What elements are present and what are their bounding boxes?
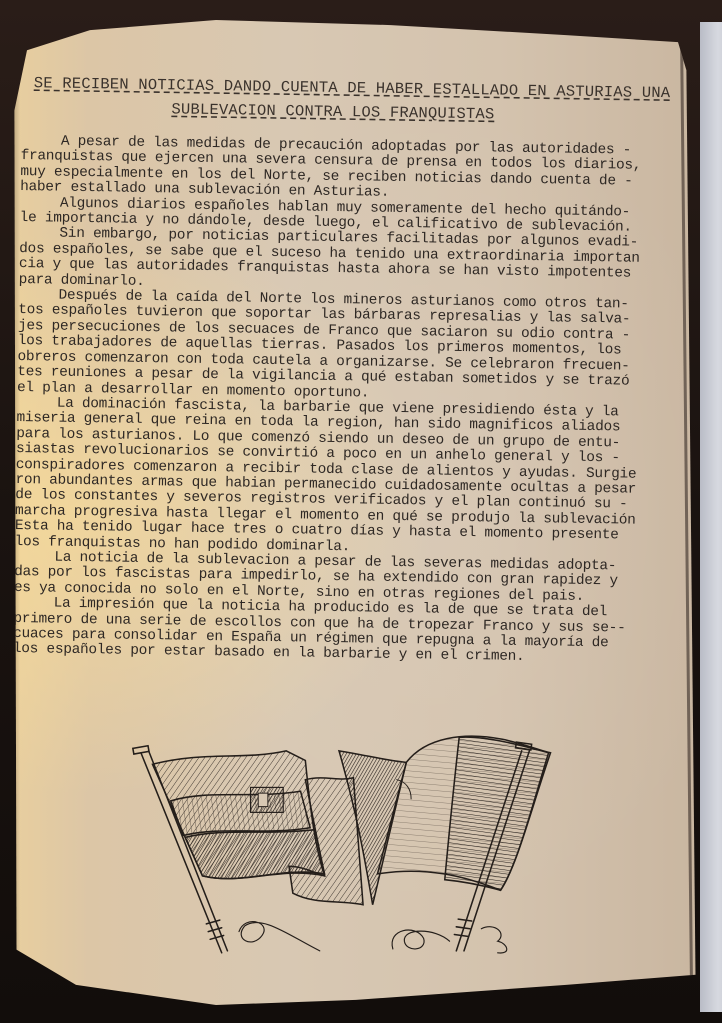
paragraph: La dominación fascista, la barbarie que … xyxy=(14,396,666,560)
typewritten-document: SE RECIBEN NOTICIAS DANDO CUENTA DE HABE… xyxy=(13,72,672,668)
page-edge-line xyxy=(680,35,693,985)
flags-drawing xyxy=(114,722,564,972)
paragraph: La impresión que la noticia ha producido… xyxy=(13,596,664,668)
paragraph: Sin embargo, por noticias particulares f… xyxy=(19,226,670,298)
headline: SE RECIBEN NOTICIAS DANDO CUENTA DE HABE… xyxy=(21,72,672,128)
photo-scene: SE RECIBEN NOTICIAS DANDO CUENTA DE HABE… xyxy=(0,0,722,1023)
flags-illustration xyxy=(114,722,564,972)
article-body: A pesar de las medidas de precaución ado… xyxy=(13,134,671,668)
document-page: SE RECIBEN NOTICIAS DANDO CUENTA DE HABE… xyxy=(6,10,706,1015)
back-cover xyxy=(700,22,722,1012)
paragraph: Después de la caída del Norte los minero… xyxy=(17,288,669,406)
paragraph: A pesar de las medidas de precaución ado… xyxy=(20,134,671,206)
